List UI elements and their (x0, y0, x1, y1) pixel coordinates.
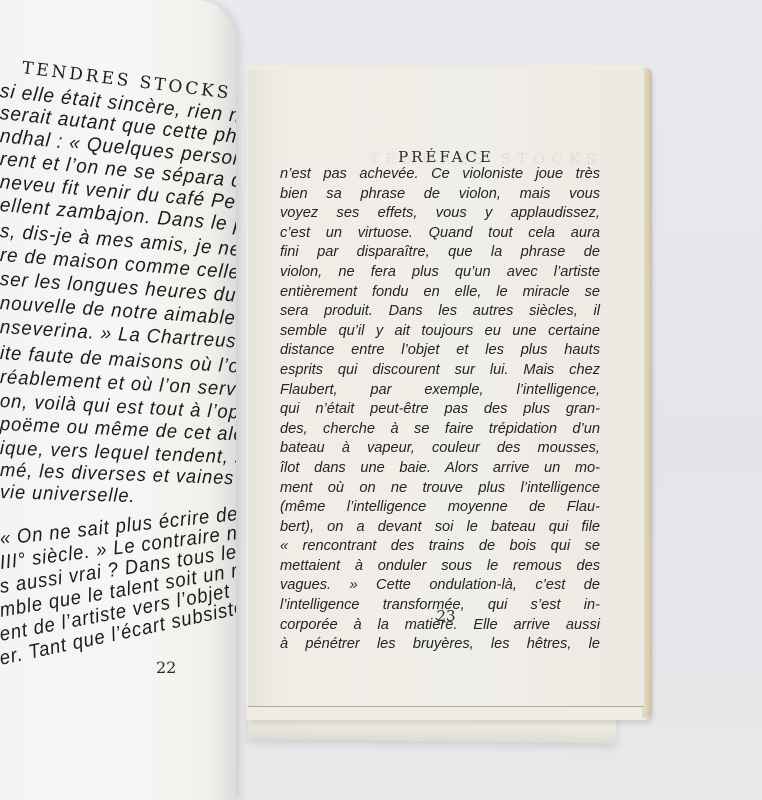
text-line: « rencontrant des trains de bois qui se (280, 537, 600, 557)
text-line: bateau à vapeur, couleur des mousses, (280, 439, 600, 459)
text-line: esprits qui discourent sur lui. Mais che… (280, 361, 600, 381)
text-line: qui n’était peut-être pas des plus gran- (280, 400, 600, 420)
text-line: ment où on ne trouve plus l’intelligence (280, 479, 600, 499)
book-photo: TENDRES STOCKS PRÉFACE n’est pas achevée… (0, 0, 762, 800)
text-line: semble qu’il y ait toujours eu une certa… (280, 322, 600, 342)
page-number-left: 22 (156, 658, 176, 677)
text-line: sera produit. Dans les autres siècles, i… (280, 302, 600, 322)
text-line: entièrement fondu en elle, le miracle se (280, 283, 600, 303)
text-line: mettaient à onduler sous le remous des (280, 557, 600, 577)
text-line: c’est un virtuose. Quand tout cela aura (280, 224, 600, 244)
running-header-right: PRÉFACE (248, 148, 644, 166)
text-line: à pénétrer les bruyères, les hêtres, le (280, 635, 600, 655)
text-line: îlot dans une baie. Alors arrive un mo- (280, 459, 600, 479)
text-line: voyez ses effets, vous y applaudissez, (280, 204, 600, 224)
text-line: des, cherche à se faire trépidation d’un (280, 420, 600, 440)
text-line: fini par disparaître, que la phrase de (280, 243, 600, 263)
text-line: n’est pas achevée. Ce violoniste joue tr… (280, 165, 600, 185)
text-line: bert), on a devant soi le bateau qui fil… (280, 518, 600, 538)
text-line: distance entre l’objet et les plus hauts (280, 341, 600, 361)
text-line: Flaubert, par exemple, l’intelligence, (280, 381, 600, 401)
right-page-body: n’est pas achevée. Ce violoniste joue tr… (280, 165, 600, 655)
text-line: (même l’intelligence moyenne de Flau- (280, 498, 600, 518)
left-page: TENDRES STOCKS si elle était sincère, ri… (0, 0, 236, 800)
text-line: violon, ne fera plus qu’un avec l’artist… (280, 263, 600, 283)
text-line: vie universelle. (0, 482, 136, 508)
text-line: vagues. » Cette ondulation-là, c’est de (280, 576, 600, 596)
right-page: TENDRES STOCKS PRÉFACE n’est pas achevée… (248, 70, 644, 707)
page-number-right: 23 (248, 607, 644, 625)
text-line: bien sa phrase de violon, mais vous (280, 185, 600, 205)
